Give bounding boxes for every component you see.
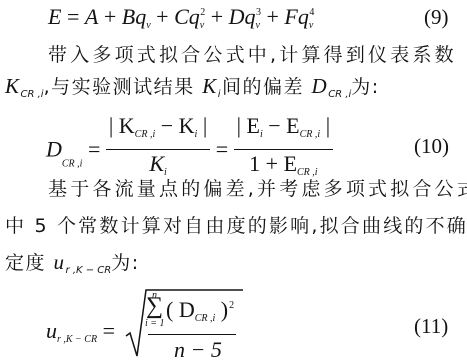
paragraph-1-line-1: 带入多项式拟合公式中,计算得到仪表系数 <box>48 40 457 67</box>
paragraph-2-line-1: 基于各流量点的偏差,并考虑多项式拟合公式 <box>48 174 467 201</box>
sum-lower: i = 1 <box>145 318 165 329</box>
fraction-bar <box>148 334 236 335</box>
denominator: n − 5 <box>174 337 222 363</box>
equation-11: ur ,K − CR = n ∑ i = 1 ( DCR ,i )2 n − 5 <box>46 284 306 364</box>
equation-9-number: (9) <box>424 5 449 30</box>
sum-term: ( DCR ,i )2 <box>166 297 234 324</box>
equation-11-number: (11) <box>414 314 448 339</box>
eq9-lhs: E <box>48 4 61 29</box>
equation-9: E = A + Bqv + Cqv2 + Dqv3 + Fqv4 <box>48 4 314 31</box>
paragraph-1-line-2: KCR ,i,与实验测试结果 Ki间的偏差 DCR ,i为: <box>5 72 380 100</box>
paragraph-2-line-2: 中 5 个常数计算对自由度的影响,拟合曲线的不确 <box>5 211 467 238</box>
sum-symbol: ∑ <box>146 294 163 318</box>
paragraph-2-line-3: 定度 ur ,K − CR为: <box>5 248 140 276</box>
equation-10-number: (10) <box>414 134 449 159</box>
